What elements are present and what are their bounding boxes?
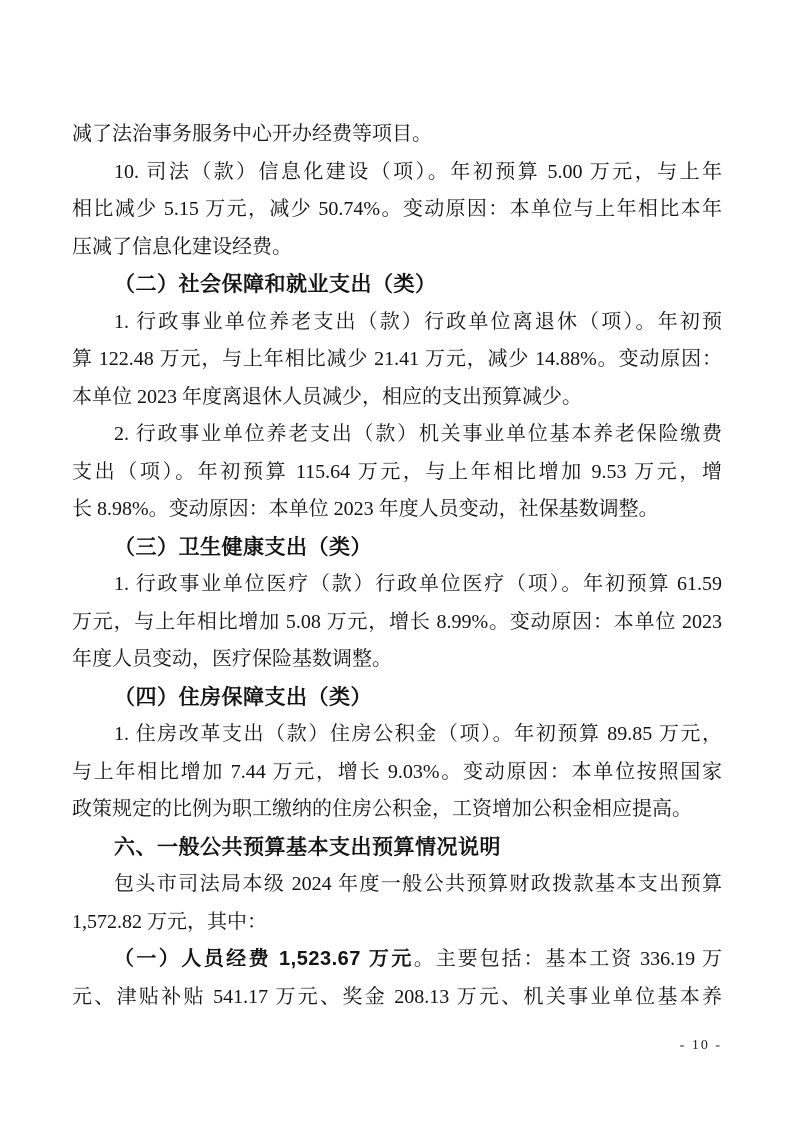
text-segment: 1. 行政事业单位养老支出（款）行政单位离退休（项）。年初预 <box>114 311 722 333</box>
text-line: 支出（项）。年初预算 115.64 万元，与上年相比增加 9.53 万元，增 <box>72 454 722 492</box>
page-number: - 10 - <box>680 1038 722 1054</box>
text-segment: 算 122.48 万元，与上年相比减少 21.41 万元，减少 14.88%。变… <box>72 348 722 370</box>
text-line: 2. 行政事业单位养老支出（款）机关事业单位基本养老保险缴费 <box>72 416 722 454</box>
section-heading: （二）社会保障和就业支出（类） <box>72 266 722 304</box>
text-line: （一）人员经费 1,523.67 万元。主要包括：基本工资 336.19 万 <box>72 941 722 979</box>
document-page: 减了法治事务服务中心开办经费等项目。10. 司法（款）信息化建设（项）。年初预算… <box>0 0 793 1122</box>
text-line: 与上年相比增加 7.44 万元，增长 9.03%。变动原因：本单位按照国家 <box>72 754 722 792</box>
text-segment: 元、津贴补贴 541.17 万元、奖金 208.13 万元、机关事业单位基本养 <box>72 986 722 1008</box>
text-segment: 1,572.82 万元，其中： <box>72 911 267 933</box>
text-segment: 万元，与上年相比增加 5.08 万元，增长 8.99%。变动原因：本单位 202… <box>72 611 722 633</box>
section-heading: （四）住房保障支出（类） <box>72 679 722 717</box>
text-segment: 年度人员变动，医疗保险基数调整。 <box>72 648 392 670</box>
text-line: 元、津贴补贴 541.17 万元、奖金 208.13 万元、机关事业单位基本养 <box>72 979 722 1017</box>
text-segment: 1. 住房改革支出（款）住房公积金（项）。年初预算 89.85 万元， <box>114 723 722 745</box>
text-line: 压减了信息化建设经费。 <box>72 229 722 267</box>
document-body: 减了法治事务服务中心开办经费等项目。10. 司法（款）信息化建设（项）。年初预算… <box>72 116 722 1016</box>
section-heading: （三）卫生健康支出（类） <box>72 529 722 567</box>
text-line: 1,572.82 万元，其中： <box>72 904 722 942</box>
text-segment: 1. 行政事业单位医疗（款）行政单位医疗（项）。年初预算 61.59 <box>114 573 722 595</box>
text-line: 政策规定的比例为职工缴纳的住房公积金，工资增加公积金相应提高。 <box>72 791 722 829</box>
text-line: 1. 行政事业单位养老支出（款）行政单位离退休（项）。年初预 <box>72 304 722 342</box>
bold-text-segment: （一）人员经费 1,523.67 万元 <box>114 948 414 970</box>
text-segment: 压减了信息化建设经费。 <box>72 236 292 258</box>
text-segment: 本单位 2023 年度离退休人员减少，相应的支出预算减少。 <box>72 386 582 408</box>
section-heading: 六、一般公共预算基本支出预算情况说明 <box>72 829 722 867</box>
text-segment: （三）卫生健康支出（类） <box>114 536 372 559</box>
text-line: 1. 行政事业单位医疗（款）行政单位医疗（项）。年初预算 61.59 <box>72 566 722 604</box>
text-segment: 相比减少 5.15 万元，减少 50.74%。变动原因：本单位与上年相比本年 <box>72 198 722 220</box>
text-line: 万元，与上年相比增加 5.08 万元，增长 8.99%。变动原因：本单位 202… <box>72 604 722 642</box>
text-segment: 长 8.98%。变动原因：本单位 2023 年度人员变动，社保基数调整。 <box>72 498 659 520</box>
text-line: 年度人员变动，医疗保险基数调整。 <box>72 641 722 679</box>
text-segment: 政策规定的比例为职工缴纳的住房公积金，工资增加公积金相应提高。 <box>72 798 692 820</box>
text-segment: （四）住房保障支出（类） <box>114 686 372 709</box>
text-segment: 支出（项）。年初预算 115.64 万元，与上年相比增加 9.53 万元，增 <box>72 461 722 483</box>
text-segment: 包头市司法局本级 2024 年度一般公共预算财政拨款基本支出预算 <box>114 873 722 895</box>
text-line: 本单位 2023 年度离退休人员减少，相应的支出预算减少。 <box>72 379 722 417</box>
text-line: 相比减少 5.15 万元，减少 50.74%。变动原因：本单位与上年相比本年 <box>72 191 722 229</box>
text-segment: 2. 行政事业单位养老支出（款）机关事业单位基本养老保险缴费 <box>114 423 722 445</box>
text-line: 10. 司法（款）信息化建设（项）。年初预算 5.00 万元，与上年 <box>72 154 722 192</box>
text-segment: （二）社会保障和就业支出（类） <box>114 273 437 296</box>
text-segment: 与上年相比增加 7.44 万元，增长 9.03%。变动原因：本单位按照国家 <box>72 761 722 783</box>
text-segment: 10. 司法（款）信息化建设（项）。年初预算 5.00 万元，与上年 <box>114 161 722 183</box>
text-line: 减了法治事务服务中心开办经费等项目。 <box>72 116 722 154</box>
text-line: 算 122.48 万元，与上年相比减少 21.41 万元，减少 14.88%。变… <box>72 341 722 379</box>
text-segment: 。主要包括：基本工资 336.19 万 <box>414 948 722 970</box>
text-line: 包头市司法局本级 2024 年度一般公共预算财政拨款基本支出预算 <box>72 866 722 904</box>
text-line: 1. 住房改革支出（款）住房公积金（项）。年初预算 89.85 万元， <box>72 716 722 754</box>
text-line: 长 8.98%。变动原因：本单位 2023 年度人员变动，社保基数调整。 <box>72 491 722 529</box>
text-segment: 减了法治事务服务中心开办经费等项目。 <box>72 123 432 145</box>
text-segment: 六、一般公共预算基本支出预算情况说明 <box>114 836 501 859</box>
